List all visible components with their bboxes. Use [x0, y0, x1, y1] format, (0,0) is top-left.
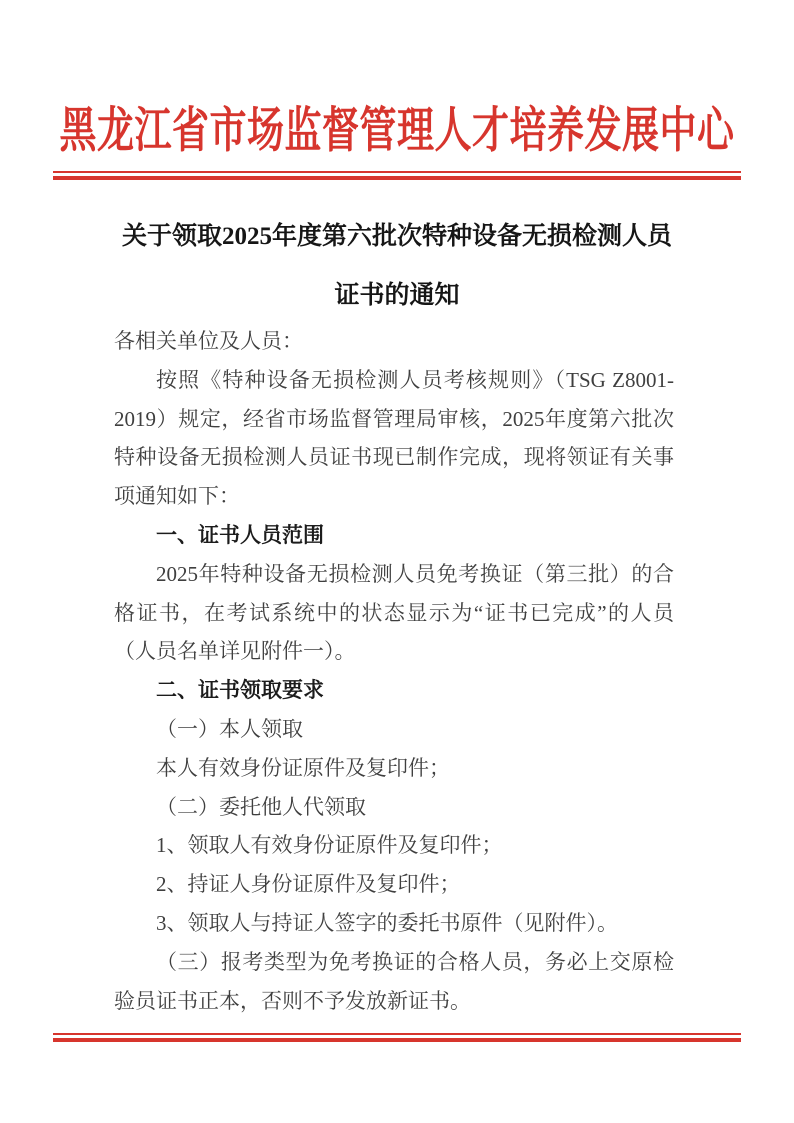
letterhead-text: 黑龙江省市场监督管理人才培养发展中心: [60, 94, 735, 169]
section-heading: 一、证书人员范围: [114, 516, 674, 555]
footer-rule-thick-line: [53, 1038, 741, 1042]
notice-title: 关于领取2025年度第六批次特种设备无损检测人员 证书的通知: [0, 207, 794, 325]
body-paragraph: （一）本人领取: [114, 710, 674, 749]
body-paragraph: 2、持证人身份证原件及复印件；: [114, 865, 674, 904]
notice-title-line1: 关于领取2025年度第六批次特种设备无损检测人员: [0, 207, 794, 266]
letterhead-rule: [53, 171, 741, 180]
body-paragraph: 本人有效身份证原件及复印件；: [114, 749, 674, 788]
body-paragraph: 2025年特种设备无损检测人员免考换证（第三批）的合格证书，在考试系统中的状态显…: [114, 555, 674, 671]
document-page: 黑龙江省市场监督管理人才培养发展中心 关于领取2025年度第六批次特种设备无损检…: [0, 0, 794, 1123]
letterhead-rule-thick-line: [53, 176, 741, 180]
body-paragraph: 按照《特种设备无损检测人员考核规则》（TSG Z8001-2019）规定，经省市…: [114, 361, 674, 516]
letterhead: 黑龙江省市场监督管理人才培养发展中心: [0, 103, 794, 161]
footer-rule: [53, 1033, 741, 1042]
section-heading: 二、证书领取要求: [114, 671, 674, 710]
body-paragraph: （二）委托他人代领取: [114, 788, 674, 827]
notice-title-line2: 证书的通知: [0, 266, 794, 325]
body-paragraph: 各相关单位及人员：: [114, 322, 674, 361]
body-paragraph: 3、领取人与持证人签字的委托书原件（见附件）。: [114, 904, 674, 943]
body-paragraph: 1、领取人有效身份证原件及复印件；: [114, 826, 674, 865]
notice-body: 各相关单位及人员：按照《特种设备无损检测人员考核规则》（TSG Z8001-20…: [114, 322, 674, 1020]
body-paragraph: （三）报考类型为免考换证的合格人员，务必上交原检验员证书正本，否则不予发放新证书…: [114, 943, 674, 1021]
